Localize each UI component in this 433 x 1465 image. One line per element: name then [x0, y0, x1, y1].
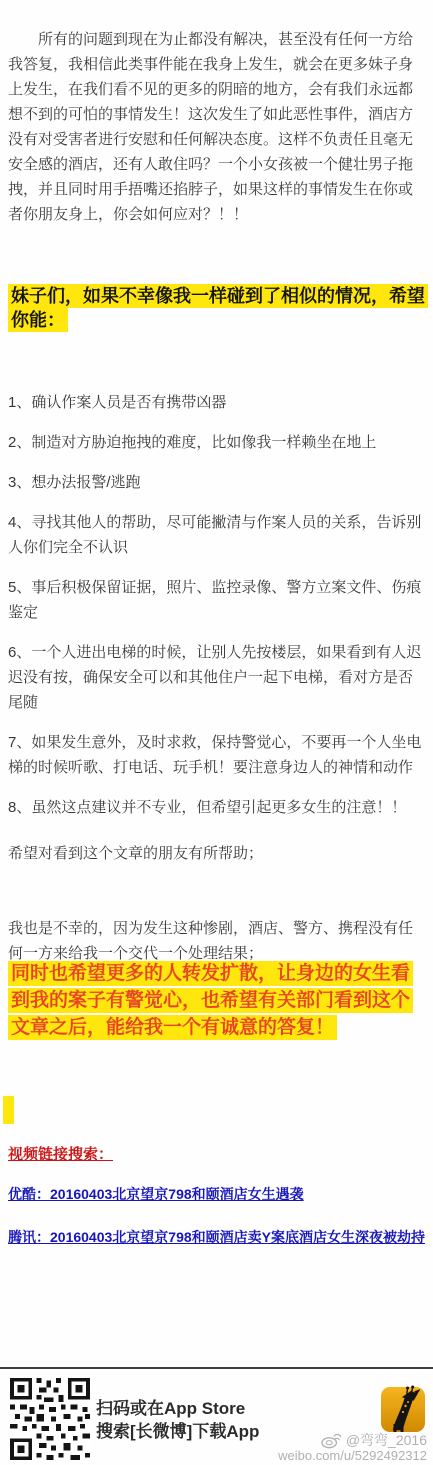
- tencent-video-link[interactable]: 腾讯：20160403北京望京798和颐酒店卖Y案底酒店女生深夜被劫持: [8, 1227, 425, 1247]
- intro-paragraph: 所有的问题到现在为止都没有解决，甚至没有任何一方给我答复，我相信此类事件能在我身…: [8, 27, 422, 227]
- help-paragraph: 希望对看到这个文章的朋友有所帮助；: [8, 841, 426, 866]
- list-item: 5、事后积极保留证据，照片、监控录像、警方立案文件、伤痕鉴定: [8, 575, 426, 625]
- qr-code-graphic: [10, 1378, 90, 1460]
- list-item: 7、如果发生意外，及时求救，保持警觉心，不要再一个人坐电梯的时候听歌、打电话、玩…: [8, 730, 426, 780]
- list-item: 6、一个人进出电梯的时候，让别人先按楼层，如果看到有人迟迟没有按，确保安全可以和…: [8, 640, 426, 715]
- advice-list: 1、确认作案人员是否有携带凶器 2、制造对方胁迫拖拽的难度，比如像我一样赖坐在地…: [8, 390, 426, 835]
- watermark-handle-text: @弯弯_2016: [346, 1430, 427, 1450]
- video-search-label: 视频链接搜索：: [8, 1143, 113, 1164]
- weibo-watermark-url: weibo.com/u/5292492312: [278, 1448, 427, 1463]
- youku-video-link[interactable]: 优酷：20160403北京望京798和颐酒店女生遇袭: [8, 1184, 304, 1204]
- list-item: 1、确认作案人员是否有携带凶器: [8, 390, 426, 415]
- list-item: 3、想办法报警/逃跑: [8, 470, 426, 495]
- list-item: 2、制造对方胁迫拖拽的难度，比如像我一样赖坐在地上: [8, 430, 426, 455]
- download-instructions: 扫码或在App Store 搜索[长微博]下载App: [96, 1397, 259, 1443]
- appeal-highlight-paragraph: 同时也希望更多的人转发扩散，让身边的女生看到我的案子有警觉心，也希望有关部门看到…: [8, 960, 426, 1041]
- qr-code: [10, 1378, 90, 1460]
- highlight-heading: 妹子们，如果不幸像我一样碰到了相似的情况，希望你能：: [8, 284, 426, 332]
- weibo-watermark-handle: @弯弯_2016: [320, 1430, 427, 1450]
- empty-highlight-mark: [3, 1096, 14, 1124]
- scan-line-2: 搜索[长微博]下载App: [96, 1420, 259, 1443]
- giraffe-icon-graphic: [381, 1384, 425, 1434]
- weibo-logo: [320, 1431, 342, 1449]
- highlight-heading-text: 妹子们，如果不幸像我一样碰到了相似的情况，希望你能：: [8, 284, 428, 332]
- unfortunate-paragraph: 我也是不幸的，因为发生这种惨剧，酒店、警方、携程没有任何一方来给我一个交代一个处…: [8, 916, 426, 966]
- giraffe-changweibo-app-icon: [381, 1384, 425, 1434]
- list-item: 4、寻找其他人的帮助，尽可能撇清与作案人员的关系，告诉别人你们完全不认识: [8, 510, 426, 560]
- appeal-highlight-text: 同时也希望更多的人转发扩散，让身边的女生看到我的案子有警觉心，也希望有关部门看到…: [8, 961, 413, 1040]
- long-weibo-article: 所有的问题到现在为止都没有解决，甚至没有任何一方给我答复，我相信此类事件能在我身…: [0, 0, 433, 1465]
- scan-line-1: 扫码或在App Store: [96, 1397, 259, 1420]
- footer-divider: [0, 1367, 433, 1369]
- list-item: 8、虽然这点建议并不专业，但希望引起更多女生的注意！！: [8, 795, 426, 820]
